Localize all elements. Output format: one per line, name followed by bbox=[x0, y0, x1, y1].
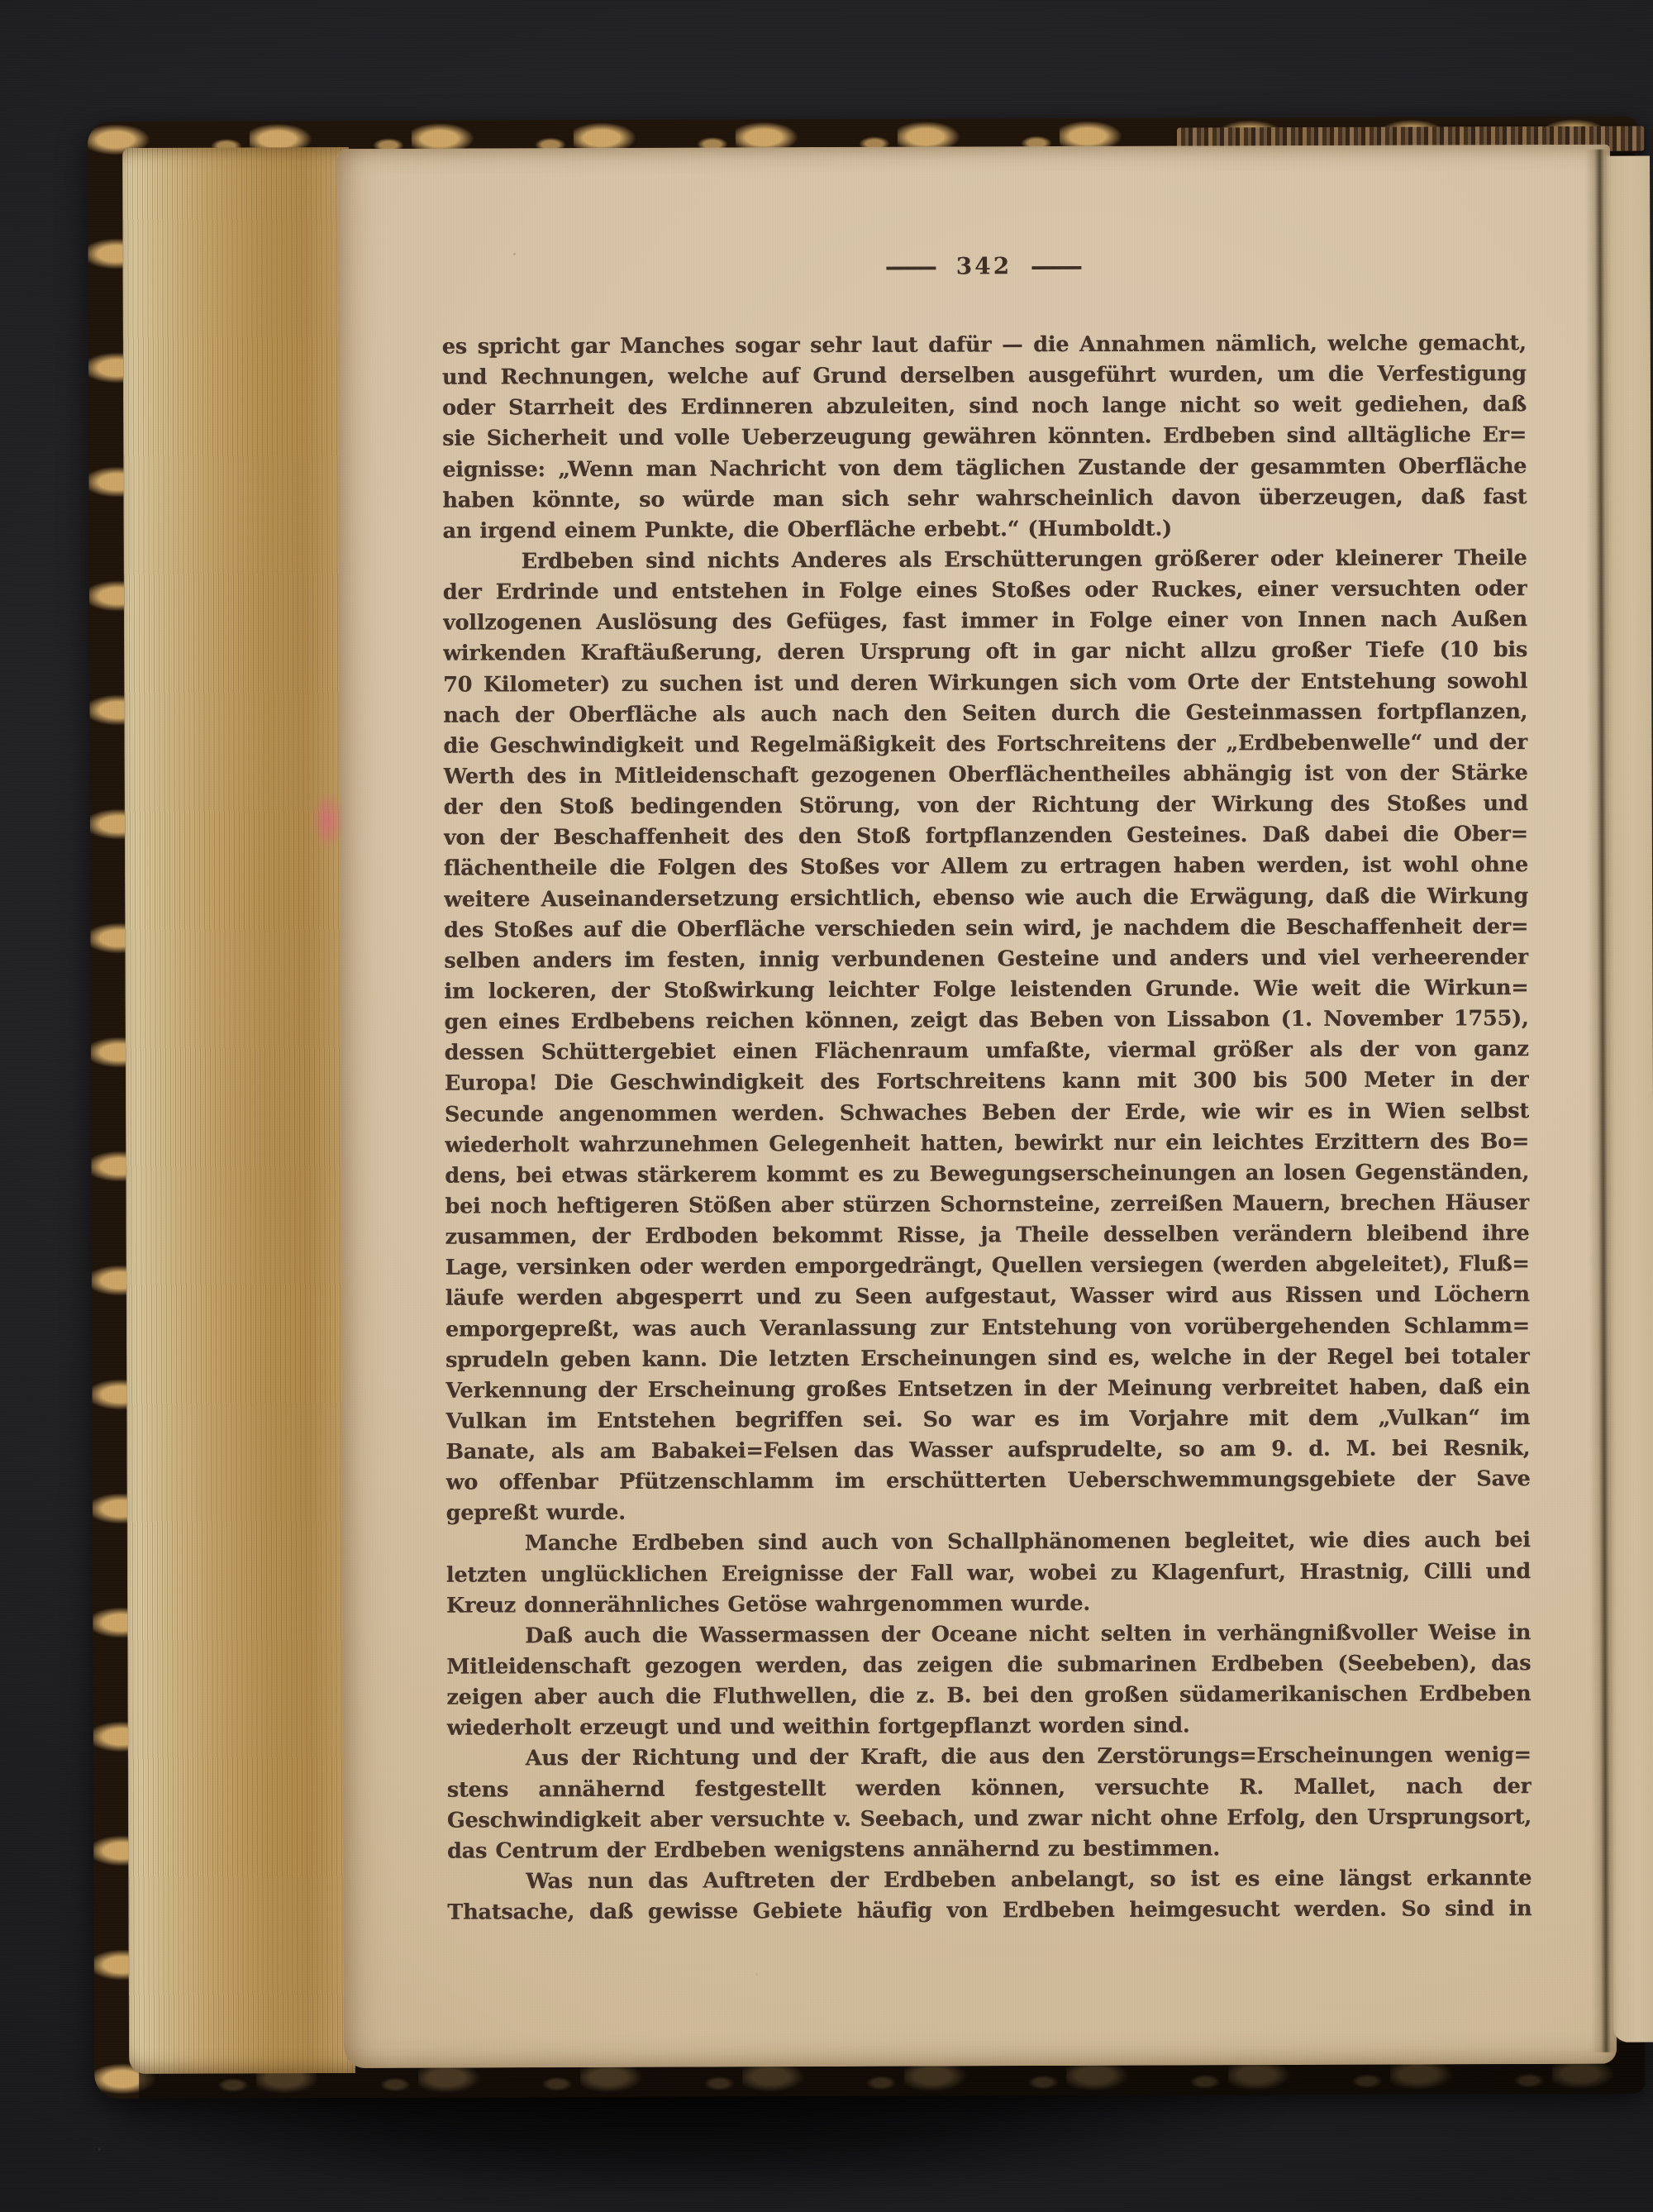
text-line: Kreuz donnerähnliches Getöse wahrgenomme… bbox=[446, 1587, 1531, 1622]
text-line: haben könnte, so würde man sich sehr wah… bbox=[442, 482, 1527, 517]
text-line: wo offenbar Pfützenschlamm im erschütter… bbox=[446, 1464, 1531, 1499]
text-line: Thatsache, daß gewisse Gebiete häufig vo… bbox=[447, 1894, 1532, 1928]
text-line: Was nun das Auftreten der Erdbeben anbel… bbox=[447, 1863, 1532, 1898]
book: —342— es spricht gar Manches sogar sehr … bbox=[0, 0, 1653, 2212]
text-line: Banate, als am Babakei=Felsen das Wasser… bbox=[445, 1433, 1530, 1468]
photo-scene: —342— es spricht gar Manches sogar sehr … bbox=[0, 0, 1653, 2212]
text-line: zusammen, der Erdboden bekommt Risse, ja… bbox=[445, 1218, 1529, 1253]
text-line: von der Beschaffenheit des den Stoß fort… bbox=[444, 819, 1528, 854]
page-number-value: 342 bbox=[956, 252, 1012, 279]
pink-stain bbox=[312, 794, 345, 853]
text-line: gen eines Erdbebens reichen können, zeig… bbox=[445, 1004, 1529, 1038]
text-line: eignisse: „Wenn man Nachricht von dem tä… bbox=[442, 451, 1527, 486]
text-line: Werth des in Mitleidenschaft gezogenen O… bbox=[444, 758, 1528, 793]
text-line: Verkennung der Erscheinung großes Entset… bbox=[445, 1372, 1530, 1407]
text-line: nach der Oberfläche als auch nach den Se… bbox=[443, 697, 1527, 732]
page-text-block: es spricht gar Manches sogar sehr laut d… bbox=[442, 328, 1532, 1928]
text-line: der Erdrinde und entstehen in Folge eine… bbox=[443, 574, 1527, 608]
text-line: Mitleidenschaft gezogen werden, das zeig… bbox=[446, 1648, 1531, 1683]
page-number-dash-right: — bbox=[1029, 250, 1084, 281]
text-line: es spricht gar Manches sogar sehr laut d… bbox=[442, 328, 1527, 363]
text-line: Geschwindigkeit aber versuchte v. Seebac… bbox=[447, 1802, 1532, 1837]
text-line: im lockeren, der Stoßwirkung leichter Fo… bbox=[444, 973, 1528, 1008]
text-line: wirkenden Kraftäußerung, deren Ursprung … bbox=[443, 635, 1527, 670]
text-line: Vulkan im Entstehen begriffen sei. So wa… bbox=[445, 1403, 1530, 1437]
text-line: an irgend einem Punkte, die Oberfläche e… bbox=[443, 512, 1527, 547]
text-line: Aus der Richtung und der Kraft, die aus … bbox=[447, 1740, 1532, 1775]
text-line: Lage, versinken oder werden emporgedräng… bbox=[445, 1249, 1530, 1284]
text-line: Secunde angenommen werden. Schwaches Beb… bbox=[445, 1096, 1529, 1131]
text-line: zeigen aber auch die Fluthwellen, die z.… bbox=[446, 1679, 1531, 1714]
text-line: vollzogenen Auslösung des Gefüges, fast … bbox=[443, 604, 1527, 639]
page-number-dash-left: — bbox=[884, 250, 939, 282]
text-line: Europa! Die Geschwindigkeit des Fortschr… bbox=[445, 1065, 1529, 1099]
text-line: oder Starrheit des Erdinneren abzuleiten… bbox=[442, 389, 1527, 424]
book-page: —342— es spricht gar Manches sogar sehr … bbox=[337, 145, 1617, 2068]
page-number: —342— bbox=[441, 250, 1526, 282]
text-line: des Stoßes auf die Oberfläche verschiede… bbox=[444, 912, 1528, 946]
text-line: dens, bei etwas stärkerem kommt es zu Be… bbox=[445, 1157, 1529, 1192]
text-line: letzten unglücklichen Ereignisse der Fal… bbox=[446, 1557, 1531, 1591]
text-line: sie Sicherheit und volle Ueberzeugung ge… bbox=[442, 420, 1527, 455]
text-line: und Rechnungen, welche auf Grund derselb… bbox=[442, 359, 1527, 393]
text-line: sprudeln geben kann. Die letzten Erschei… bbox=[445, 1342, 1530, 1376]
text-line: Manche Erdbeben sind auch von Schallphän… bbox=[446, 1526, 1531, 1561]
text-line: emporgepreßt, was auch Veranlassung zur … bbox=[445, 1311, 1530, 1346]
text-line: weitere Auseinandersetzung ersichtlich, … bbox=[444, 881, 1528, 916]
text-line: läufe werden abgesperrt und zu Seen aufg… bbox=[445, 1280, 1530, 1314]
text-line: Erdbeben sind nichts Anderes als Erschüt… bbox=[443, 543, 1527, 578]
text-line: stens annähernd festgestellt werden könn… bbox=[447, 1771, 1532, 1806]
text-line: gepreßt wurde. bbox=[446, 1495, 1531, 1529]
text-line: dessen Schüttergebiet einen Flächenraum … bbox=[445, 1034, 1529, 1069]
text-line: die Geschwindigkeit und Regelmäßigkeit d… bbox=[443, 727, 1527, 762]
text-line: das Centrum der Erdbeben wenigstens annä… bbox=[447, 1833, 1532, 1867]
text-line: 70 Kilometer) zu suchen ist und deren Wi… bbox=[443, 666, 1527, 701]
fore-edge-page-stack bbox=[122, 147, 355, 2074]
text-line: der den Stoß bedingenden Störung, von de… bbox=[444, 789, 1528, 823]
text-line: wiederholt wahrzunehmen Gelegenheit hatt… bbox=[445, 1127, 1529, 1161]
text-line: selben anders im festen, innig verbunden… bbox=[444, 942, 1528, 977]
text-line: bei noch heftigeren Stößen aber stürzen … bbox=[445, 1188, 1529, 1223]
text-line: wiederholt erzeugt und und weithin fortg… bbox=[447, 1709, 1532, 1744]
text-line: flächentheile die Folgen des Stoßes vor … bbox=[444, 850, 1528, 884]
text-line: Daß auch die Wassermassen der Oceane nic… bbox=[446, 1618, 1531, 1652]
